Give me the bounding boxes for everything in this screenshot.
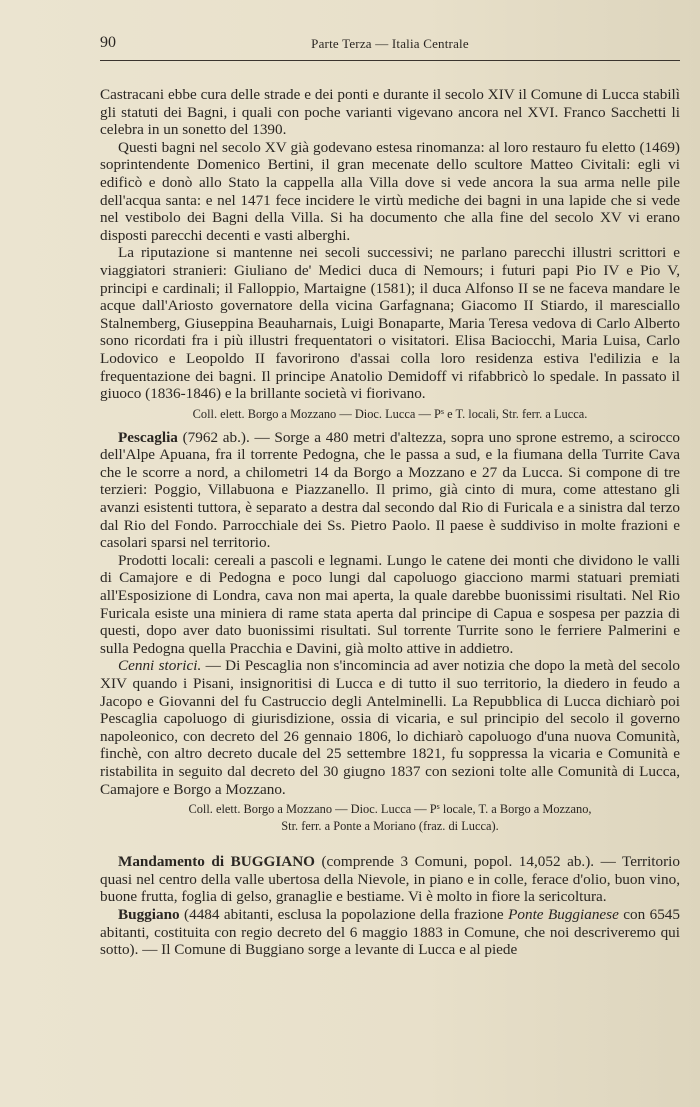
paragraph-castracani: Castracani ebbe cura delle strade e dei … <box>100 86 680 139</box>
note-collegio-bagni: Coll. elett. Borgo a Mozzano — Dioc. Luc… <box>100 403 680 423</box>
page-header: 90 Parte Terza — Italia Centrale <box>100 34 680 56</box>
running-title: Parte Terza — Italia Centrale <box>100 36 680 52</box>
paragraph-bagni-secolo-xv: Questi bagni nel secolo XV già godevano … <box>100 139 680 245</box>
paragraph-pescaglia: Pescaglia (7962 ab.). — Sorge a 480 metr… <box>100 429 680 552</box>
section-heading-buggiano: Mandamento di BUGGIANO <box>118 853 315 870</box>
section-gap <box>100 841 680 853</box>
paragraph-prodotti-locali: Prodotti locali: cereali a pascoli e leg… <box>100 552 680 658</box>
paragraph-buggiano: Buggiano (4484 abitanti, esclusa la popo… <box>100 906 680 959</box>
entry-heading-buggiano: Buggiano <box>118 906 180 923</box>
body-text: Castracani ebbe cura delle strade e dei … <box>100 86 680 959</box>
header-rule <box>100 60 680 61</box>
note-collegio-pescaglia: Coll. elett. Borgo a Mozzano — Dioc. Luc… <box>100 798 680 835</box>
entry-heading-pescaglia: Pescaglia <box>118 429 178 446</box>
paragraph-cenni-storici: Cenni storici. — Di Pescaglia non s'inco… <box>100 657 680 798</box>
paragraph-riputazione: La riputazione si mantenne nei secoli su… <box>100 244 680 402</box>
document-page: 90 Parte Terza — Italia Centrale Castrac… <box>0 0 700 1107</box>
subheading-cenni-storici: Cenni storici. <box>118 657 201 674</box>
paragraph-mandamento-buggiano: Mandamento di BUGGIANO (comprende 3 Comu… <box>100 853 680 906</box>
